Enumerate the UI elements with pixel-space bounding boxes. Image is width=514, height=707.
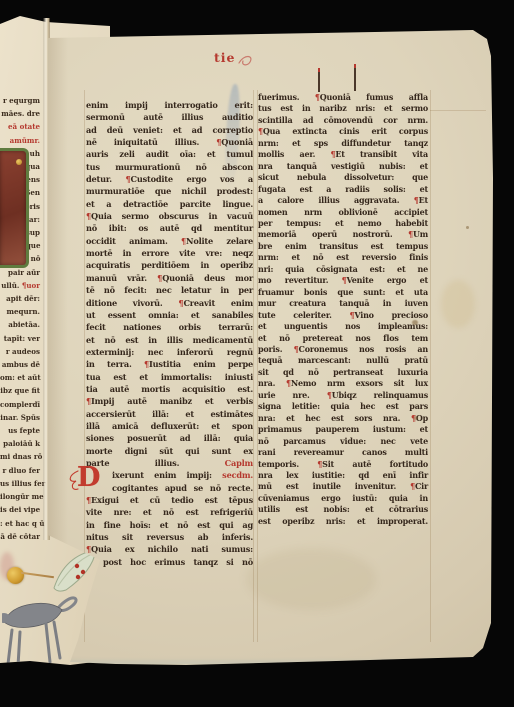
text-line: nō ibit: os autē qd mentitur [86,222,253,234]
text-line: ¶Qua extincta cinis erit corpus [258,126,428,137]
text-line: nra tanquā vestigiū nubis: et [258,161,428,172]
text-line: cūveniamus ergo iustū: quia in [258,493,428,504]
stain-spot [414,416,418,420]
text-line: fuerimus. ¶Quoniā fumus affla [258,92,428,103]
text-line: us illius fer [0,477,40,490]
text-line: ilongūr me [0,490,40,503]
text-line: ad deū veniet: et ad correptio [86,124,253,136]
text-line: a calore illius aggravata. ¶Et [258,195,428,206]
text-line: poris. ¶Coronemus nos rosis an [258,344,428,355]
text-line: r dluo fer [0,464,40,477]
text-line: et post hoc erimus tanqz si nō [86,556,253,568]
text-line: nō parcamus vidue: nec vete [258,436,428,447]
text-line: amūmr. [0,134,40,147]
text-line: et unguentis nos impleamus: [258,321,428,332]
red-berry [76,575,80,579]
text-line: bre enim transitus est tempus [258,241,428,252]
text-line: apit dēr: [0,292,40,305]
text-line: memoriā operū nostrorū. ¶Um [258,229,428,240]
book-page-stack-edge [0,664,46,690]
text-line: inar. Spūs [0,411,40,424]
text-line: accersierūt illā: et estimātes [86,408,253,420]
gold-leaf-dot [16,159,22,165]
text-line: eā otate [0,120,40,133]
text-line: scintilla ad cōmovendū cor nrm. [258,115,428,126]
text-line: fugata est a radiis solis: et [258,184,428,195]
red-berry [75,564,79,568]
text-line: ¶Quia sermo obscurus in vacuū [86,210,253,222]
text-line: nitus sit reversus ab inferis. [86,531,253,543]
text-line: per tempus: et nemo habebit [258,218,428,229]
text-line: est operibz nris: et improperat. [258,516,428,527]
ruling-line [430,90,431,642]
text-line: complerdī [0,398,40,411]
text-line: fruamur bonis que sunt: et uta [258,287,428,298]
text-line: nrm: et sps diffundetur tanqz [258,138,428,149]
text-line: nra: et hec est sors nra. ¶Op [258,413,428,424]
text-line: tapīt: ver [0,332,40,345]
ruling-line [430,110,486,111]
text-line: exterminij: nec inferorū regnū [86,346,253,358]
text-line: tus est in naribz nris: et sermo [258,103,428,114]
text-line: tute celeriter. ¶Vino precioso [258,310,428,321]
text-line: mū est inutile invenitur. ¶Cir [258,481,428,492]
text-line: ¶Exigui et cū tedio est tēpus [86,494,253,506]
text-line: mur creatura tanquā in iuven [258,298,428,309]
text-line: occidit animam. ¶Nolite zelare [86,235,253,247]
text-column-right: fuerimus. ¶Quoniā fumus afflatus est in … [258,92,428,527]
text-line: cogitantes apud se nō recte. [86,482,253,494]
text-line: nrm: et nō est reversio finis [258,252,428,263]
text-line: ¶Quia ex nichilo nati sumus: [86,543,253,555]
red-berry [81,570,85,574]
text-line: sicut nebula dissolvetur: que [258,172,428,183]
stain-patch [441,280,475,328]
illuminated-initial-fragment [0,148,29,268]
text-line: acquiratis perditiōem in operibz [86,259,253,271]
text-line: mollis aer. ¶Et transibit vita [258,149,428,160]
text-line: nomen nrm oblivionē accipiet [258,207,428,218]
text-line: in fine hoīs: et nō est qui ag [86,519,253,531]
manuscript-photo: r equrgmmāes. dreeā otateamūmr.agert uhn… [0,0,514,707]
text-line: paloiāū k [0,437,40,450]
text-line: et nō pretereat nos flos tem [258,333,428,344]
text-line: in terra. ¶Iustitia enim perpe [86,358,253,370]
text-line: tua est et immortalis: iniusti [86,371,253,383]
text-line: rani revereamur canos multi [258,447,428,458]
text-line: is dei vipe [0,503,40,516]
text-line: auris zeli audit oīa: et tumul [86,148,253,160]
text-line: nē iniquitatū illius. ¶Quoniā [86,136,253,148]
text-line: nra. ¶Nemo nrm exsors sit lux [258,378,428,389]
text-line: signa letitie: quia hec est pars [258,401,428,412]
initial-flourish-icon [66,469,80,497]
text-line: et nō est in illis medicamentū [86,334,253,346]
text-line: ambus dē [0,358,40,371]
text-line: r audeos [0,345,40,358]
text-line: r equrgm [0,94,40,107]
text-line: tia autē mortis acquisitio est. [86,383,253,395]
bottom-edge-tint [56,658,459,664]
text-line: ā dē cōtar [0,530,40,543]
text-line: mortē in errore vite vre: neqz [86,247,253,259]
text-line: temporis. ¶Sit autē fortitudo [258,459,428,470]
text-line: fecit nationes orbis terrarū: [86,321,253,333]
text-line: utilis est nobis: et cōtrarius [258,504,428,515]
decorated-ascender [318,68,320,92]
text-line: murmuratiōe que nichil prodest: [86,185,253,197]
text-line: illā amicā defluxerūt: et spon [86,420,253,432]
ruling-line [253,90,254,642]
text-column-left: D enim impij interrogatio erit:sermonū a… [86,99,253,568]
text-line: mequrn. [0,305,40,318]
text-line: urie nre. ¶Ubiqz relinquamus [258,390,428,401]
stain-spot [466,226,469,229]
text-line: manuū vrār. ¶Quoniā deus mor [86,272,253,284]
text-line: morte digni sūt qui sunt ex [86,445,253,457]
text-line: tus murmurationū nō abscon [86,161,253,173]
text-line: : et hac q ū [0,517,40,530]
text-line: tē nō fecit: nec letatur in per [86,284,253,296]
text-line: ibz que fit [0,384,40,397]
text-line: ixerunt enim impij: secdm. [86,469,253,481]
show-through-patch [246,548,376,610]
text-line: om: et aūt [0,371,40,384]
text-line: ut essent omnia: et sanabiles [86,309,253,321]
manuscript-page: tie D enim impij interrogatio erit:sermo… [46,28,494,670]
text-line: parte illius. Caplm [86,457,253,469]
text-line: sermonū autē illius auditio [86,111,253,123]
text-line: mo revertitur. ¶Venite ergo et [258,275,428,286]
decorated-ascender [354,64,356,91]
text-line: nri: quia cōsignata est: et ne [258,264,428,275]
text-line: ¶Impij autē manibz et verbis [86,395,253,407]
text-line: us fepte [0,424,40,437]
text-line: et a detractiōe parcite lingue. [86,198,253,210]
running-title: tie [214,50,235,65]
text-line: mi dnas rō [0,450,40,463]
text-line: siones posuerūt ad illā: quia [86,432,253,444]
text-line: enim impij interrogatio erit: [86,99,253,111]
pen-flourish-icon [238,53,258,72]
stain-spot [412,320,418,325]
text-line: primamus pauperem iustum: et [258,424,428,435]
text-line: detur. ¶Custodite ergo vos a [86,173,253,185]
text-line: ullū. ¶uor [0,279,40,292]
text-line: vite nre: et nō est refrigeriū [86,506,253,518]
text-line: ditione vivorū. ¶Creavit enim [86,297,253,309]
text-line: abietāa. [0,318,40,331]
chapter-initial-d: D [77,465,104,491]
text-line: sit qd nō pertranseat luxuria [258,367,428,378]
text-line: tequā marcescant: nullū pratū [258,355,428,366]
greyhound-drawing [2,588,88,676]
gold-bezant [7,567,24,584]
text-line: māes. dre [0,107,40,120]
text-line: nra lex iustitie: qd enī infir [258,470,428,481]
